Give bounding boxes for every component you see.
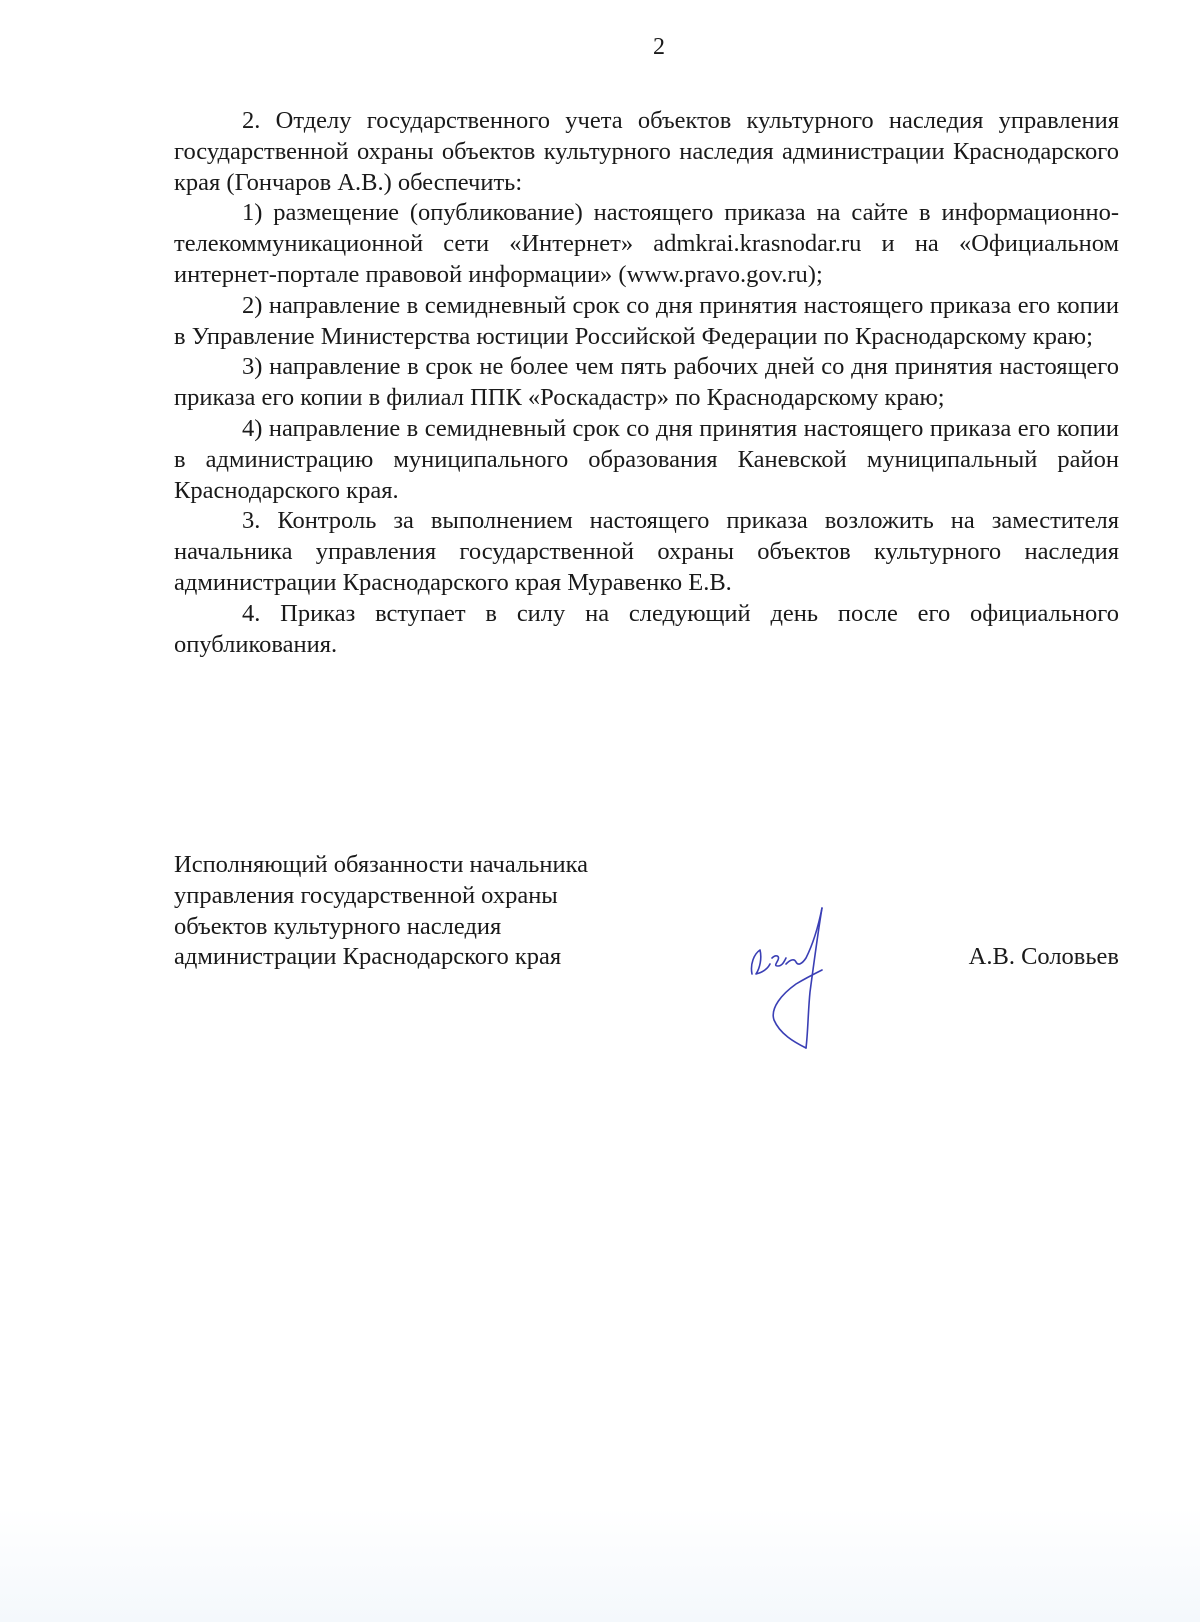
page-number: 2	[0, 34, 1200, 61]
signatory-name: А.В. Соловьев	[969, 942, 1119, 973]
subitem-1-publication: 1) размещение (опубликование) настоящего…	[174, 198, 1119, 290]
document-body: 2. Отделу государственного учета объекто…	[174, 106, 1119, 660]
signatory-title-line: управления государственной охраны	[174, 881, 694, 912]
subitem-3-roskadastr: 3) направление в срок не более чем пять …	[174, 352, 1119, 414]
handwritten-signature-icon	[734, 902, 844, 1052]
paragraph-item-2: 2. Отделу государственного учета объекто…	[174, 106, 1119, 198]
subitem-4-municipal-administration: 4) направление в семидневный срок со дня…	[174, 414, 1119, 506]
signatory-title-line: Исполняющий обязанности начальника	[174, 850, 694, 881]
signatory-title: Исполняющий обязанности начальника управ…	[174, 850, 694, 973]
paragraph-item-3-control: 3. Контроль за выполнением настоящего пр…	[174, 506, 1119, 598]
paragraph-item-4-effective-date: 4. Приказ вступает в силу на следующий д…	[174, 599, 1119, 661]
signatory-title-line: объектов культурного наследия	[174, 912, 694, 943]
signatory-title-line: администрации Краснодарского края	[174, 942, 694, 973]
subitem-2-ministry-of-justice: 2) направление в семидневный срок со дня…	[174, 291, 1119, 353]
